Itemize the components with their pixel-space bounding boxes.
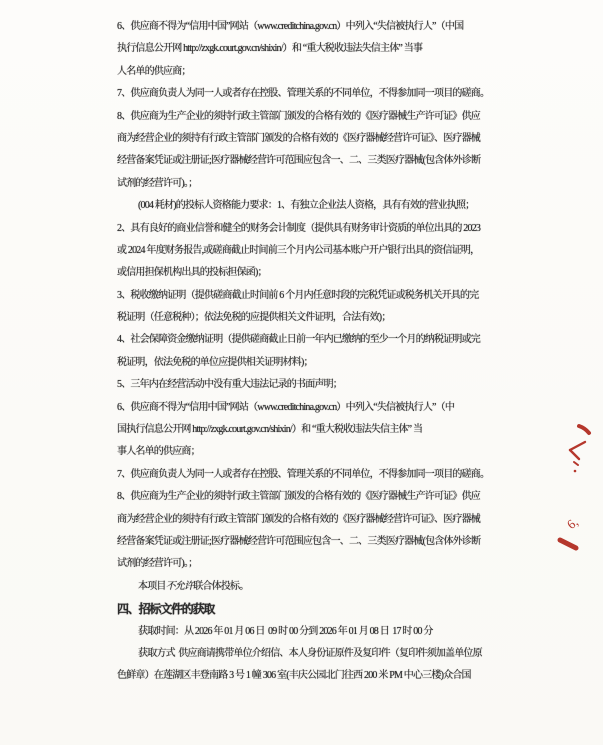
- text-line: 7、供应商负责人为同一人或者存在控股、管理关系的不同单位，不得参加同一项目的磋商…: [117, 464, 497, 486]
- section-heading: 四、招标文件的获取: [117, 598, 497, 620]
- text-line: 6、供应商不得为“信用中国”网站（www.creditchina.gov.cn）…: [117, 16, 497, 38]
- document-body: 6、供应商不得为“信用中国”网站（www.creditchina.gov.cn）…: [117, 16, 497, 688]
- text-line: 经营备案凭证或注册证;医疗器械经营许可范围应包含一、二、三类医疗器械(包含体外诊…: [117, 531, 497, 553]
- document-page: 6、供应商不得为“信用中国”网站（www.creditchina.gov.cn）…: [0, 0, 603, 745]
- text-line: 获取时间：从 2026 年 01 月 06 日 09 时 00 分到 2026 …: [117, 621, 497, 643]
- text-line: 国执行信息公开网 http://zxgk.court.gov.cn/shixin…: [117, 419, 497, 441]
- text-line: 经营备案凭证或注册证;医疗器械经营许可范围应包含一、二、三类医疗器械(包含体外诊…: [117, 150, 497, 172]
- text-line: 8、供应商为生产企业的须持行政主管部门颁发的合格有效的《医疗器械生产许可证》供应: [117, 106, 497, 128]
- text-line: 税证明（任意税种）；依法免税的应提供相关文件证明，合法有效)；: [117, 307, 497, 329]
- text-line: 商为经营企业的须持有行政主管部门颁发的合格有效的《医疗器械经营许可证》、医疗器械: [117, 509, 497, 531]
- svg-text:6,: 6,: [564, 514, 581, 532]
- text-line: 7、供应商负责人为同一人或者存在控股、管理关系的不同单位，不得参加同一项目的磋商…: [117, 83, 497, 105]
- text-line: 税证明，依法免税的单位应提供相关证明材料)；: [117, 352, 497, 374]
- text-line: 人名单的供应商；: [117, 61, 497, 83]
- text-line: 3、税收缴纳证明（提供磋商截止时间前 6 个月内任意时段的完税凭证或税务机关开具…: [117, 285, 497, 307]
- text-line: 商为经营企业的须持有行政主管部门颁发的合格有效的《医疗器械经营许可证》、医疗器械: [117, 128, 497, 150]
- text-line: 或 2024 年度财务报告,或磋商截止时间前三个月内公司基本账户开户银行出具的资…: [117, 240, 497, 262]
- text-line: (004 耗材)的投标人资格能力要求：1、有独立企业法人资格，具有有效的营业执照…: [117, 195, 497, 217]
- text-line: 色鲜章）在莲湖区丰登南路 3 号 1 幢 306 室(丰庆公园北门往西 200 …: [117, 665, 497, 687]
- text-line: 4、社会保障资金缴纳证明（提供磋商截止日前一年内已缴纳的至少一个月的纳税证明或完: [117, 329, 497, 351]
- text-line: 获取方式 供应商请携带单位介绍信、本人身份证原件及复印件（复印件须加盖单位原: [117, 643, 497, 665]
- text-line: 试剂的经营许可)。；: [117, 553, 497, 575]
- red-pen-annotation-lower-icon: 6,: [550, 506, 592, 554]
- text-line: 8、供应商为生产企业的须持行政主管部门颁发的合格有效的《医疗器械生产许可证》供应: [117, 486, 497, 508]
- text-line: 6、供应商不得为“信用中国”网站（www.creditchina.gov.cn）…: [117, 397, 497, 419]
- text-line: 执行信息公开网 http://zxgk.court.gov.cn/shixin/…: [117, 38, 497, 60]
- text-segment: 本项目: [138, 581, 166, 592]
- red-pen-annotation-upper-icon: [558, 418, 598, 476]
- emphasized-text: 不允许: [166, 581, 194, 592]
- text-line: 2、具有良好的商业信誉和健全的财务会计制度（提供具有财务审计资质的单位出具的 2…: [117, 218, 497, 240]
- text-line: 本项目不允许联合体投标。: [117, 576, 497, 598]
- text-line: 试剂的经营许可)。；: [117, 173, 497, 195]
- text-segment: 联合体投标。: [193, 581, 248, 592]
- text-line: 5、三年内在经营活动中没有重大违法记录的书面声明；: [117, 374, 497, 396]
- text-line: 或信用担保机构出具的投标担保函)；: [117, 262, 497, 284]
- text-line: 事人名单的供应商；: [117, 441, 497, 463]
